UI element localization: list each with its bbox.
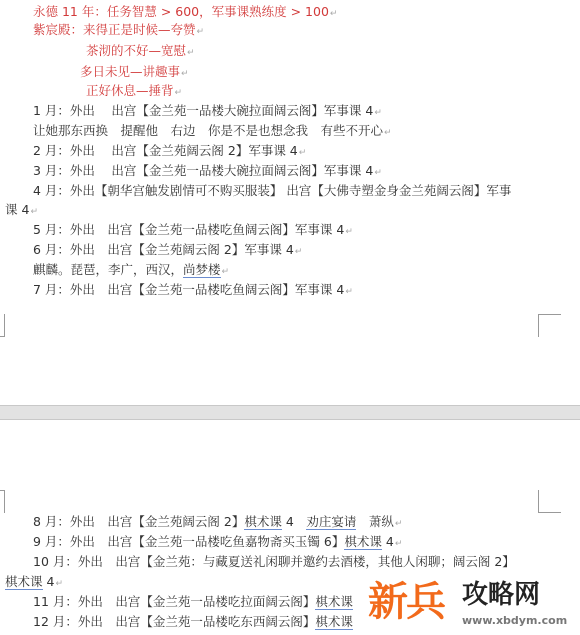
spellcheck-underlined-word[interactable]: 尚梦楼 (183, 262, 221, 278)
page-margin-corner (0, 314, 5, 337)
header-line: 永德 11 年：任务智慧 > 600，军事课熟练度 > 100↵ (33, 3, 337, 21)
header-line: 多日未见—讲趣事↵ (80, 63, 189, 81)
month-line-continuation: 课 4↵ (5, 201, 38, 219)
watermark-url: www.xbdym.com (462, 614, 567, 628)
document-page-1[interactable]: 永德 11 年：任务智慧 > 600，军事课熟练度 > 100↵ 紫宸殿：来得正… (0, 0, 580, 405)
month-line: 11 月：外出 出宫【金兰苑一品楼吃拉面阔云阁】棋术课 (33, 593, 353, 611)
page-margin-corner (538, 490, 561, 513)
spellcheck-underlined-word[interactable]: 棋术课 (5, 574, 43, 590)
note-line: 让她那东西换 提醒他 右边 你是不是也想念我 有些不开心↵ (33, 122, 392, 140)
header-line: 正好休息—捶背↵ (86, 82, 182, 100)
month-line: 4 月：外出【朝华宫触发剧情可不购买服装】 出宫【大佛寺塑金身金兰苑阔云阁】军事 (33, 182, 511, 200)
month-line: 9 月：外出 出宫【金兰苑一品楼吃鱼嘉物斋买玉镯 6】棋术课 4↵ (33, 533, 402, 551)
month-line: 10 月：外出 出宫【金兰苑：与藏夏送礼闲聊并邀约去酒楼，其他人闲聊；阔云阁 2… (33, 553, 515, 571)
watermark-logo: 新兵 攻略网 www.xbdym.com (362, 578, 580, 635)
month-line: 7 月：外出 出宫【金兰苑一品楼吃鱼阔云阁】军事课 4↵ (33, 281, 353, 299)
month-line-continuation: 棋术课 4↵ (5, 573, 63, 591)
spellcheck-underlined-word[interactable]: 棋术课 (315, 594, 353, 610)
watermark-brand: 新兵 (368, 578, 444, 626)
watermark-site-name: 攻略网 (462, 580, 540, 610)
header-line: 茶沏的不好—宽慰↵ (86, 42, 195, 60)
month-line: 12 月：外出 出宫【金兰苑一品楼吃东西阔云阁】棋术课 (33, 613, 353, 631)
header-line: 紫宸殿：来得正是时候—夸赞↵ (33, 21, 204, 39)
month-line: 6 月：外出 出宫【金兰苑阔云阁 2】军事课 4↵ (33, 241, 302, 259)
month-line: 3 月：外出 出宫【金兰苑一品楼大碗拉面阔云阁】军事课 4↵ (33, 162, 382, 180)
spellcheck-underlined-word[interactable]: 棋术课 (344, 534, 382, 550)
page-margin-corner (0, 490, 5, 513)
month-line: 8 月：外出 出宫【金兰苑阔云阁 2】棋术课 4 劝庄宴请 萧纵↵ (33, 513, 402, 531)
page-margin-corner (538, 314, 561, 337)
month-line: 5 月：外出 出宫【金兰苑一品楼吃鱼阔云阁】军事课 4↵ (33, 221, 353, 239)
page-gap (0, 405, 580, 420)
spellcheck-underlined-word[interactable]: 棋术课 (244, 514, 282, 530)
month-line: 2 月：外出 出宫【金兰苑阔云阁 2】军事课 4↵ (33, 142, 306, 160)
spellcheck-underlined-word[interactable]: 棋术课 (315, 614, 353, 630)
note-line: 麒麟。琵琶，李广，西汉，尚梦楼↵ (33, 261, 229, 279)
month-line: 1 月：外出 出宫【金兰苑一品楼大碗拉面阔云阁】军事课 4↵ (33, 102, 382, 120)
spellcheck-underlined-word[interactable]: 劝庄宴请 (306, 514, 356, 530)
